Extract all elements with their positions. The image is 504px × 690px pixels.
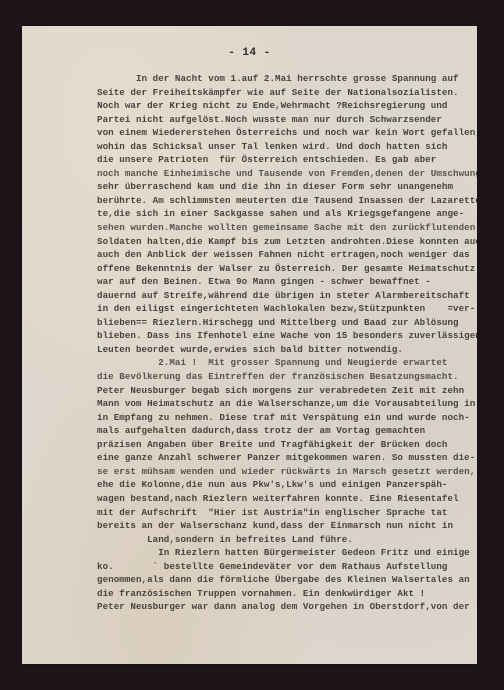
text-line: ehe die Kolonne,die nun aus Pkw's,Lkw's …: [97, 478, 477, 492]
text-line: in Empfang zu nehmen. Diese traf mit Ver…: [97, 411, 477, 425]
text-line: bereits an der Walserschanz kund,dass de…: [97, 519, 477, 533]
text-line: in den eiligst eingerichteten Wachlokale…: [97, 302, 477, 316]
text-line: blieben== Riezlern.Hirschegg und Mittelb…: [97, 316, 477, 330]
text-line: se erst mühsam wenden und wieder rückwär…: [97, 465, 477, 479]
text-line: blieben. Dass ins Ifenhotel eine Wache v…: [97, 329, 477, 343]
text-line: Mann vom Heimatschutz an die Walserschan…: [97, 397, 477, 411]
text-line: Noch war der Krieg nicht zu Ende,Wehrmac…: [97, 99, 477, 113]
text-line: Peter Neusburger begab sich morgens zur …: [97, 384, 477, 398]
text-line: eine ganze Anzahl schwerer Panzer mitgek…: [97, 451, 477, 465]
text-line: die Bevölkerung das Eintreffen der franz…: [97, 370, 477, 384]
typewritten-page: - 14 - In der Nacht vom 1.auf 2.Mai herr…: [22, 26, 477, 664]
text-line: In Riezlern hatten Bürgermeister Gedeon …: [97, 546, 477, 560]
text-line: auch den Anblick der weissen Fahnen nich…: [97, 248, 477, 262]
text-line: Seite der Freiheitskämpfer wie auf Seite…: [97, 86, 477, 100]
text-line: te,die sich in einer Sackgasse sahen und…: [97, 207, 477, 221]
page-number: - 14 -: [22, 47, 477, 59]
text-line: wohin das Schicksal unser Tal lenken wir…: [97, 140, 477, 154]
text-line: sehr überraschend kam und die ihn in die…: [97, 180, 477, 194]
text-line: noch manche Einheimische und Tausende vo…: [97, 167, 477, 181]
text-line: Peter Neusburger war dann analog dem Vor…: [97, 600, 477, 614]
text-line: 2.Mai ! Mit grosser Spannung und Neugier…: [97, 356, 477, 370]
text-line: Leuten beordet wurde,erwies sich bald bi…: [97, 343, 477, 357]
text-line: ko. ` bestellte Gemeindeväter vor dem Ra…: [97, 560, 477, 574]
text-line: mals aufgehalten dadurch,dass trotz der …: [97, 424, 477, 438]
text-line: die unsere Patrioten für Österreich ents…: [97, 153, 477, 167]
text-line: war auf den Beinen. Etwa 9o Mann gingen …: [97, 275, 477, 289]
text-line: mit der Aufschrift "Hier ist Austria"in …: [97, 506, 477, 520]
text-line: berührte. Am schlimmsten meuterten die T…: [97, 194, 477, 208]
body-text: In der Nacht vom 1.auf 2.Mai herrschte g…: [97, 72, 477, 614]
text-line: genommen,als dann die förmliche Übergabe…: [97, 573, 477, 587]
text-line: dauernd auf Streife,während die übrigen …: [97, 289, 477, 303]
text-line: Soldaten halten,die Kampf bis zum Letzte…: [97, 235, 477, 249]
text-line: sehen wurden.Manche wollten gemeinsame S…: [97, 221, 477, 235]
text-line: In der Nacht vom 1.auf 2.Mai herrschte g…: [97, 72, 477, 86]
text-line: von einem Wiedererstehen Österreichs und…: [97, 126, 477, 140]
text-line: offene Bekenntnis der Walser zu Österrei…: [97, 262, 477, 276]
text-line: wagen bestand,nach Riezlern weiterfahren…: [97, 492, 477, 506]
text-line: die französischen Truppen vornahmen. Ein…: [97, 587, 477, 601]
text-line: Partei nicht aufgelöst.Noch wusste man n…: [97, 113, 477, 127]
text-line: präzisen Angaben über Breite und Tragfäh…: [97, 438, 477, 452]
text-line: Land,sondern in befreites Land führe.: [97, 533, 477, 547]
